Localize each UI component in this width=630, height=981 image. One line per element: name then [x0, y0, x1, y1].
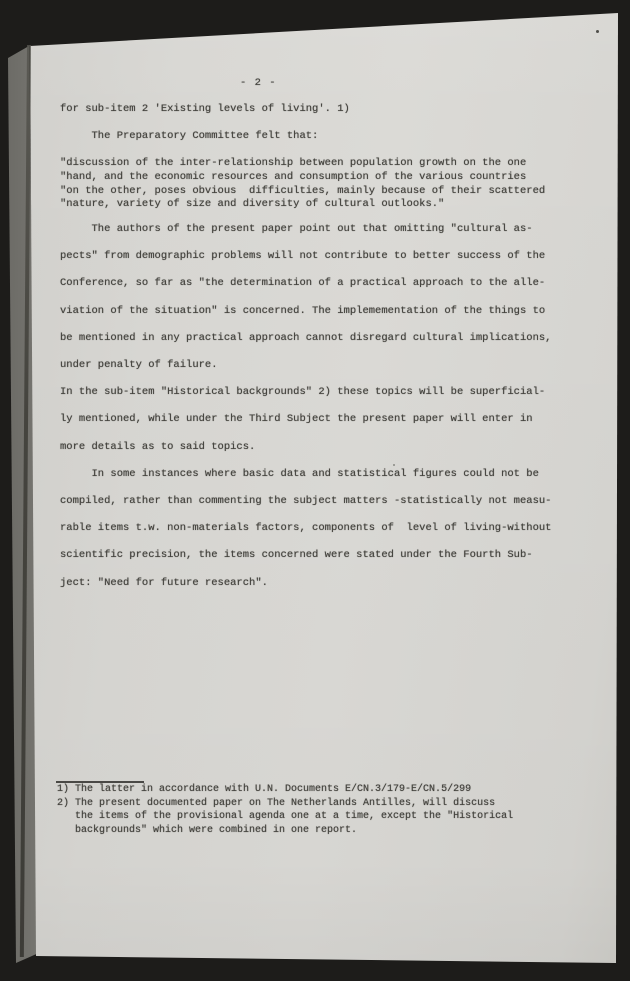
text-line: compiled, rather than commenting the sub…	[60, 488, 551, 515]
text-line: The authors of the present paper point o…	[60, 216, 551, 243]
text-line: "on the other, poses obvious difficultie…	[60, 185, 545, 199]
text-line: "hand, and the economic resources and co…	[60, 171, 545, 185]
text-line: In some instances where basic data and s…	[60, 461, 551, 488]
text-line: pects" from demographic problems will no…	[60, 243, 551, 270]
text-line: viation of the situation" is concerned. …	[60, 298, 551, 325]
text-line: Conference, so far as "the determination…	[60, 270, 551, 297]
footnotes: 1) The latter in accordance with U.N. Do…	[57, 783, 513, 837]
page-number: - 2 -	[240, 76, 277, 90]
text-line: more details as to said topics.	[60, 434, 551, 461]
main-paragraphs: The authors of the present paper point o…	[60, 216, 551, 597]
text-line: "discussion of the inter-relationship be…	[60, 157, 545, 171]
page-content: - 2 - for sub-item 2 'Existing levels of…	[0, 0, 630, 981]
text-line: scientific precision, the items concerne…	[60, 542, 551, 569]
text-line: 1) The latter in accordance with U.N. Do…	[57, 783, 513, 797]
text-line: The Preparatory Committee felt that:	[60, 123, 350, 150]
text-line: under penalty of failure.	[60, 352, 551, 379]
text-line: 2) The present documented paper on The N…	[57, 797, 513, 811]
text-line: ly mentioned, while under the Third Subj…	[60, 406, 551, 433]
text-line: for sub-item 2 'Existing levels of livin…	[60, 96, 350, 123]
scan-speck	[596, 30, 599, 33]
text-line: "nature, variety of size and diversity o…	[60, 198, 545, 212]
scan-speck	[393, 464, 395, 466]
text-line: backgrounds" which were combined in one …	[57, 824, 513, 838]
text-line: be mentioned in any practical approach c…	[60, 325, 551, 352]
quoted-passage: "discussion of the inter-relationship be…	[60, 157, 545, 212]
scanned-document: - 2 - for sub-item 2 'Existing levels of…	[0, 0, 630, 981]
text-line: ject: "Need for future research".	[60, 570, 551, 597]
intro-paragraph: for sub-item 2 'Existing levels of livin…	[60, 96, 350, 149]
text-line: In the sub-item "Historical backgrounds"…	[60, 379, 551, 406]
text-line: the items of the provisional agenda one …	[57, 810, 513, 824]
text-line: rable items t.w. non-materials factors, …	[60, 515, 551, 542]
